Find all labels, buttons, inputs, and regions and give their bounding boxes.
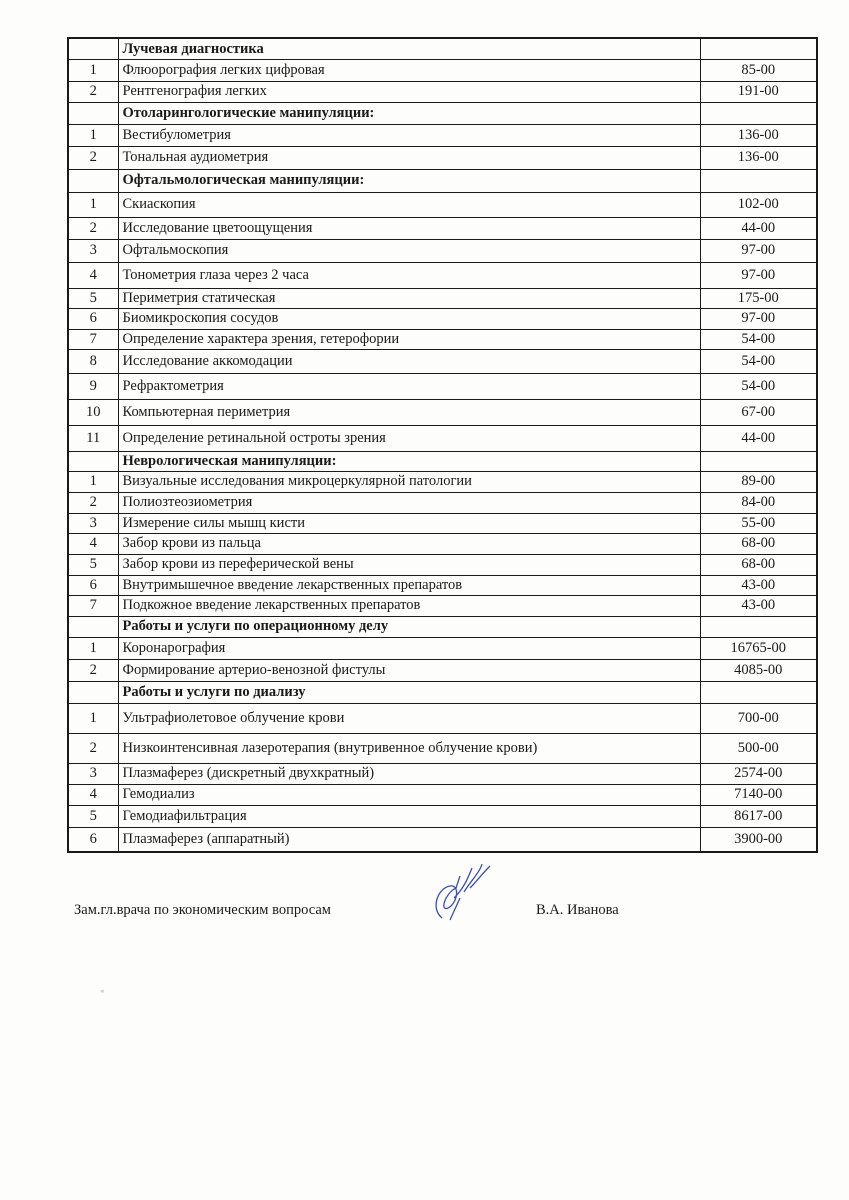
service-name: Рефрактометрия (118, 373, 700, 399)
price-list-body: Лучевая диагностика1Флюорография легких … (68, 38, 817, 852)
service-name: Офтальмоскопия (118, 239, 700, 262)
row-number: 5 (68, 288, 118, 308)
service-price: 89-00 (700, 471, 817, 492)
service-price: 4085-00 (700, 659, 817, 681)
table-row: 2Тональная аудиометрия136-00 (68, 146, 817, 169)
section-title: Отоларингологические манипуляции: (118, 102, 700, 124)
service-price: 102-00 (700, 192, 817, 217)
table-row: 5Забор крови из переферической вены68-00 (68, 554, 817, 575)
section-title: Работы и услуги по диализу (118, 681, 700, 703)
service-name: Исследование аккомодации (118, 349, 700, 373)
service-name: Рентгенография легких (118, 81, 700, 102)
row-number: 2 (68, 81, 118, 102)
service-name: Скиаскопия (118, 192, 700, 217)
service-price (700, 38, 817, 59)
row-number: 4 (68, 262, 118, 288)
service-name: Гемодиализ (118, 784, 700, 805)
service-name: Биомикроскопия сосудов (118, 308, 700, 329)
row-number: 7 (68, 595, 118, 616)
row-number: 2 (68, 146, 118, 169)
signer-title: Зам.гл.врача по экономическим вопросам (74, 902, 331, 919)
table-row: 1Скиаскопия102-00 (68, 192, 817, 217)
section-header-row: Работы и услуги по диализу (68, 681, 817, 703)
service-name: Формирование артерио-венозной фистулы (118, 659, 700, 681)
row-number: 6 (68, 308, 118, 329)
table-row: 6Биомикроскопия сосудов97-00 (68, 308, 817, 329)
table-row: 2Полиозтеозиометрия84-00 (68, 492, 817, 513)
service-price: 2574-00 (700, 763, 817, 784)
row-number (68, 451, 118, 471)
service-name: Тонометрия глаза через 2 часа (118, 262, 700, 288)
service-price: 54-00 (700, 373, 817, 399)
service-price: 97-00 (700, 239, 817, 262)
table-row: 9Рефрактометрия54-00 (68, 373, 817, 399)
table-row: 8Исследование аккомодации54-00 (68, 349, 817, 373)
table-row: 5Гемодиафильтрация8617-00 (68, 805, 817, 827)
service-price: 136-00 (700, 146, 817, 169)
row-number: 1 (68, 192, 118, 217)
table-row: 2Рентгенография легких191-00 (68, 81, 817, 102)
row-number: 3 (68, 513, 118, 533)
signer-name: В.А. Иванова (536, 902, 619, 919)
row-number: 4 (68, 533, 118, 554)
service-price: 136-00 (700, 124, 817, 146)
row-number: 1 (68, 703, 118, 733)
row-number: 2 (68, 492, 118, 513)
section-header-row: Работы и услуги по операционному делу (68, 616, 817, 637)
row-number: 11 (68, 425, 118, 451)
service-name: Компьютерная периметрия (118, 399, 700, 425)
service-price: 191-00 (700, 81, 817, 102)
section-title: Работы и услуги по операционному делу (118, 616, 700, 637)
service-name: Визуальные исследования микроцеркулярной… (118, 471, 700, 492)
row-number: 2 (68, 733, 118, 763)
service-name: Вестибулометрия (118, 124, 700, 146)
section-title: Неврологическая манипуляции: (118, 451, 700, 471)
service-name: Ультрафиолетовое облучение крови (118, 703, 700, 733)
price-list-table: Лучевая диагностика1Флюорография легких … (67, 37, 818, 853)
row-number: 5 (68, 554, 118, 575)
row-number: 1 (68, 124, 118, 146)
section-header-row: Офтальмологическая манипуляции: (68, 169, 817, 192)
table-row: 2Исследование цветоощущения44-00 (68, 217, 817, 239)
section-header-row: Отоларингологические манипуляции: (68, 102, 817, 124)
row-number: 5 (68, 805, 118, 827)
row-number: 8 (68, 349, 118, 373)
service-price: 44-00 (700, 425, 817, 451)
scan-speck: * (100, 988, 105, 998)
service-price: 700-00 (700, 703, 817, 733)
service-price (700, 169, 817, 192)
service-price: 54-00 (700, 349, 817, 373)
table-row: 1Визуальные исследования микроцеркулярно… (68, 471, 817, 492)
row-number (68, 616, 118, 637)
section-title: Офтальмологическая манипуляции: (118, 169, 700, 192)
service-price: 97-00 (700, 308, 817, 329)
service-name: Забор крови из пальца (118, 533, 700, 554)
service-name: Коронарография (118, 637, 700, 659)
row-number: 6 (68, 575, 118, 595)
row-number: 10 (68, 399, 118, 425)
row-number: 1 (68, 637, 118, 659)
table-row: 10Компьютерная периметрия67-00 (68, 399, 817, 425)
table-row: 5Периметрия статическая175-00 (68, 288, 817, 308)
table-row: 2Формирование артерио-венозной фистулы40… (68, 659, 817, 681)
table-row: 3Измерение силы мышц кисти55-00 (68, 513, 817, 533)
service-name: Флюорография легких цифровая (118, 59, 700, 81)
service-name: Определение ретинальной остроты зрения (118, 425, 700, 451)
service-name: Плазмаферез (аппаратный) (118, 827, 700, 852)
service-price (700, 102, 817, 124)
row-number: 2 (68, 217, 118, 239)
service-price: 500-00 (700, 733, 817, 763)
row-number (68, 102, 118, 124)
service-price: 175-00 (700, 288, 817, 308)
service-price: 68-00 (700, 533, 817, 554)
row-number (68, 169, 118, 192)
signature-icon (420, 858, 510, 928)
service-price: 54-00 (700, 329, 817, 349)
service-price: 44-00 (700, 217, 817, 239)
table-row: 3Плазмаферез (дискретный двухкратный)257… (68, 763, 817, 784)
table-row: 1Флюорография легких цифровая85-00 (68, 59, 817, 81)
service-price: 16765-00 (700, 637, 817, 659)
row-number: 1 (68, 59, 118, 81)
service-price (700, 681, 817, 703)
row-number (68, 681, 118, 703)
service-name: Тональная аудиометрия (118, 146, 700, 169)
table-row: 4Забор крови из пальца68-00 (68, 533, 817, 554)
section-header-row: Неврологическая манипуляции: (68, 451, 817, 471)
service-name: Внутримышечное введение лекарственных пр… (118, 575, 700, 595)
table-row: 1Ультрафиолетовое облучение крови700-00 (68, 703, 817, 733)
service-name: Измерение силы мышц кисти (118, 513, 700, 533)
service-price: 55-00 (700, 513, 817, 533)
table-row: 7Определение характера зрения, гетерофор… (68, 329, 817, 349)
service-name: Исследование цветоощущения (118, 217, 700, 239)
service-price: 7140-00 (700, 784, 817, 805)
service-name: Подкожное введение лекарственных препара… (118, 595, 700, 616)
service-name: Плазмаферез (дискретный двухкратный) (118, 763, 700, 784)
row-number: 9 (68, 373, 118, 399)
table-row: 3Офтальмоскопия97-00 (68, 239, 817, 262)
service-price (700, 451, 817, 471)
table-row: 7Подкожное введение лекарственных препар… (68, 595, 817, 616)
row-number: 6 (68, 827, 118, 852)
service-price: 85-00 (700, 59, 817, 81)
table-row: 2Низкоинтенсивная лазеротерапия (внутрив… (68, 733, 817, 763)
service-name: Низкоинтенсивная лазеротерапия (внутриве… (118, 733, 700, 763)
service-price: 97-00 (700, 262, 817, 288)
service-price (700, 616, 817, 637)
table-row: 4Гемодиализ7140-00 (68, 784, 817, 805)
table-row: 1Вестибулометрия136-00 (68, 124, 817, 146)
service-price: 68-00 (700, 554, 817, 575)
row-number: 1 (68, 471, 118, 492)
service-price: 3900-00 (700, 827, 817, 852)
section-title: Лучевая диагностика (118, 38, 700, 59)
row-number: 2 (68, 659, 118, 681)
row-number (68, 38, 118, 59)
row-number: 4 (68, 784, 118, 805)
service-name: Забор крови из переферической вены (118, 554, 700, 575)
table-row: 6Плазмаферез (аппаратный)3900-00 (68, 827, 817, 852)
section-header-row: Лучевая диагностика (68, 38, 817, 59)
service-price: 43-00 (700, 595, 817, 616)
service-price: 43-00 (700, 575, 817, 595)
row-number: 3 (68, 763, 118, 784)
service-name: Определение характера зрения, гетерофори… (118, 329, 700, 349)
service-name: Гемодиафильтрация (118, 805, 700, 827)
row-number: 3 (68, 239, 118, 262)
service-price: 8617-00 (700, 805, 817, 827)
row-number: 7 (68, 329, 118, 349)
table-row: 11Определение ретинальной остроты зрения… (68, 425, 817, 451)
service-name: Полиозтеозиометрия (118, 492, 700, 513)
table-row: 1Коронарография16765-00 (68, 637, 817, 659)
table-row: 4Тонометрия глаза через 2 часа97-00 (68, 262, 817, 288)
service-price: 84-00 (700, 492, 817, 513)
service-name: Периметрия статическая (118, 288, 700, 308)
service-price: 67-00 (700, 399, 817, 425)
table-row: 6Внутримышечное введение лекарственных п… (68, 575, 817, 595)
